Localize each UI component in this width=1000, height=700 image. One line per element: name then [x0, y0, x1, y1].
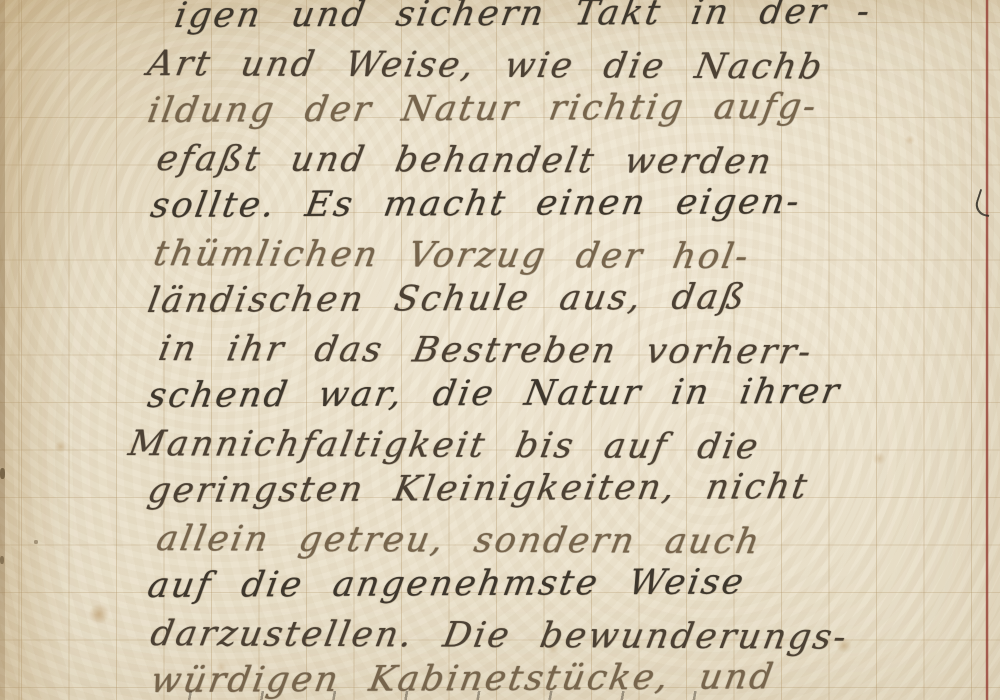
foxing-spot [88, 604, 110, 624]
handwritten-line: geringsten Kleinigkeiten, nicht [144, 463, 985, 516]
ink-speck [34, 540, 38, 544]
clipped-next-line-strokes [155, 691, 755, 700]
handwritten-line: igen und sichern Takt in der - [171, 0, 985, 40]
edge-speck [0, 468, 5, 479]
handwritten-line: schend war, die Natur in ihrer [144, 368, 985, 421]
handwritten-line: ildung der Natur richtig aufg- [144, 83, 985, 136]
handwritten-text: igen und sichern Takt in der - Art und W… [148, 0, 980, 700]
handwritten-line: sollte. Es macht einen eigen- [147, 178, 985, 231]
manuscript-page: igen und sichern Takt in der - Art und W… [0, 0, 1000, 700]
red-margin-line [986, 0, 988, 700]
edge-speck [0, 556, 4, 564]
page-left-edge [0, 0, 5, 700]
handwritten-line: auf die angenehmste Weise [144, 558, 985, 611]
foxing-spot [54, 441, 67, 453]
handwritten-line: ländischen Schule aus, daß [144, 273, 985, 326]
